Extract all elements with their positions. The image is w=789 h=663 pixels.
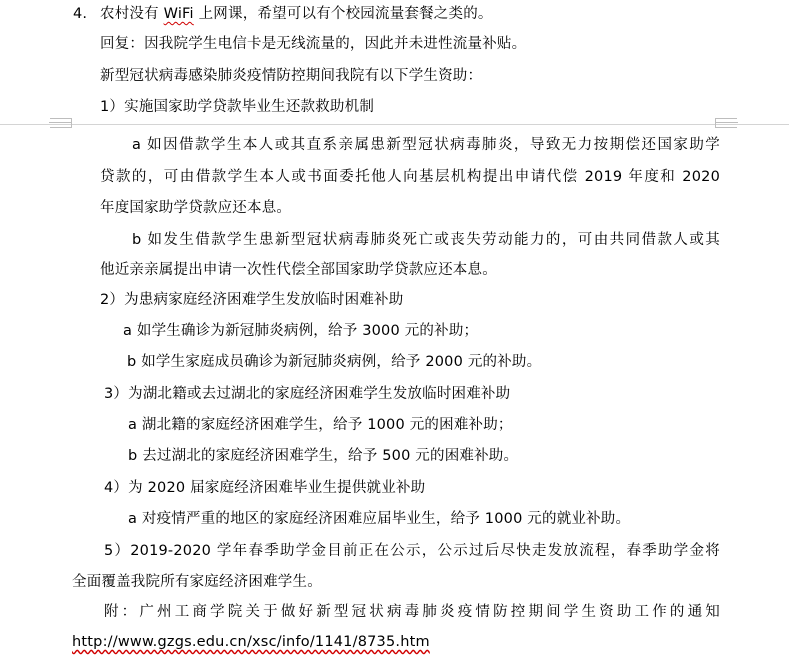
reply-paragraph: 回复：因我院学生电信卡是无线流量的，因此并未进性流量补贴。 bbox=[100, 34, 526, 54]
spellcheck-word-wifi: WiFi bbox=[164, 6, 194, 22]
section-2-item-b: b 如学生家庭成员确诊为新冠肺炎病例，给予 2000 元的补助。 bbox=[127, 352, 541, 372]
item-4-question: 4.农村没有 WiFi 上网课，希望可以有个校园流量套餐之类的。 bbox=[73, 4, 493, 24]
appendix-url-link[interactable]: http://www.gzgs.edu.cn/xsc/info/1141/873… bbox=[72, 632, 430, 652]
page-break-divider bbox=[0, 124, 789, 125]
page-corner-mark-left bbox=[50, 118, 72, 128]
item-number: 4. bbox=[73, 4, 100, 24]
section-2-item-a: a 如学生确诊为新冠肺炎病例，给予 3000 元的补助； bbox=[123, 321, 478, 341]
section-3-heading: 3）为湖北籍或去过湖北的家庭经济困难学生发放临时困难补助 bbox=[104, 384, 510, 404]
intro-paragraph: 新型冠状病毒感染肺炎疫情防控期间我院有以下学生资助： bbox=[100, 66, 482, 86]
section-3-item-b: b 去过湖北的家庭经济困难学生，给予 500 元的困难补助。 bbox=[128, 446, 518, 466]
section-4-heading: 4）为 2020 届家庭经济困难毕业生提供就业补助 bbox=[104, 478, 425, 498]
section-2-heading: 2）为患病家庭经济困难学生发放临时困难补助 bbox=[100, 290, 403, 310]
question-text-pre: 农村没有 bbox=[100, 6, 164, 22]
section-3-item-a: a 湖北籍的家庭经济困难学生，给予 1000 元的困难补助； bbox=[128, 415, 513, 435]
appendix-notice: 附：广州工商学院关于做好新型冠状病毒肺炎疫情防控期间学生资助工作的通知 bbox=[104, 602, 720, 622]
section-1-item-b-line-1: b 如发生借款学生患新型冠状病毒肺炎死亡或丧失劳动能力的，可由共同借款人或其 bbox=[132, 230, 720, 250]
section-1-item-a-line-3: 年度国家助学贷款应还本息。 bbox=[100, 198, 291, 218]
section-5-line-2: 全面覆盖我院所有家庭经济困难学生。 bbox=[72, 572, 322, 592]
page-corner-mark-right bbox=[715, 118, 737, 128]
question-text-post: 上网课，希望可以有个校园流量套餐之类的。 bbox=[194, 6, 493, 22]
section-1-item-b-line-2: 他近亲亲属提出申请一次性代偿全部国家助学贷款应还本息。 bbox=[100, 260, 497, 280]
url-text[interactable]: http://www.gzgs.edu.cn/xsc/info/1141/873… bbox=[72, 634, 430, 650]
section-1-item-a-line-1: a 如因借款学生本人或其直系亲属患新型冠状病毒肺炎，导致无力按期偿还国家助学 bbox=[132, 135, 720, 155]
section-1-item-a-line-2: 贷款的，可由借款学生本人或书面委托他人向基层机构提出申请代偿 2019 年度和 … bbox=[100, 167, 720, 187]
section-4-item-a: a 对疫情严重的地区的家庭经济困难应届毕业生，给予 1000 元的就业补助。 bbox=[128, 509, 630, 529]
section-5-line-1: 5）2019-2020 学年春季助学金目前正在公示，公示过后尽快走发放流程，春季… bbox=[104, 541, 720, 561]
section-1-heading: 1）实施国家助学贷款毕业生还款救助机制 bbox=[100, 97, 374, 117]
